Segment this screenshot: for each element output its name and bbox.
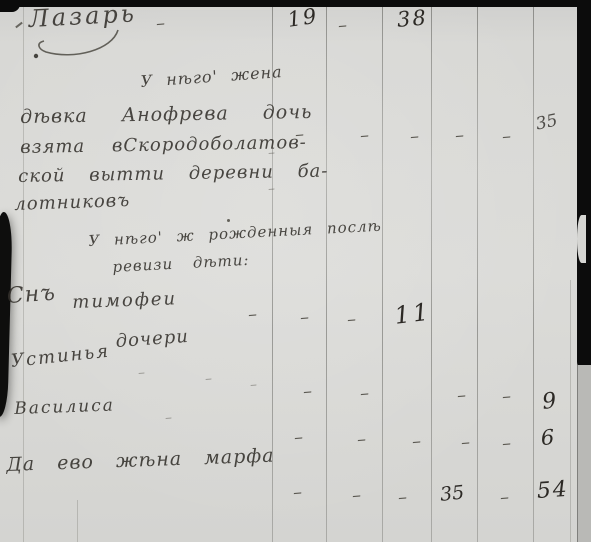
column-rule-line-6: [533, 7, 534, 542]
age-cell-wife2-now: 54: [536, 477, 570, 504]
paper-edge-bump: [577, 215, 586, 263]
children-header-line-2: ревизи дѣти:: [112, 251, 250, 276]
dash-mark: –: [499, 489, 510, 508]
column-rule-line-3: [382, 7, 383, 542]
dash-mark: –: [351, 487, 362, 506]
entry-head-name: Лазарь: [28, 0, 137, 33]
wife-text-line-1: дѣвка Анофрева дочь: [20, 101, 313, 128]
manuscript-page-scan: Лазарь – 19 – 38 У нѣго' жена дѣвка Аноф…: [0, 0, 591, 542]
wife-text-line-4: лотниковъ: [14, 190, 131, 215]
age-cell-son: 11: [393, 298, 433, 330]
scan-top-left-corner: [0, 0, 20, 12]
ink-dot: [227, 219, 230, 222]
dash-mark: –: [346, 311, 357, 330]
dash-mark: –: [293, 429, 304, 448]
dash-mark: –: [501, 128, 512, 147]
dash-mark: –: [397, 489, 408, 508]
dash-mark: –: [292, 484, 303, 503]
dash-mark: –: [460, 434, 471, 453]
dash-mark: –: [501, 388, 512, 407]
dash-mark: –: [247, 306, 258, 325]
paper-right-edge-lower: [577, 365, 591, 542]
bleed-mark: –: [267, 182, 275, 197]
dash-mark: –: [356, 431, 367, 450]
age-cell-head-prev: 19: [286, 4, 320, 32]
daughter2-name: Василиса: [14, 395, 115, 418]
age-cell-daughter1: 9: [541, 389, 558, 415]
dash-mark: –: [302, 383, 313, 402]
column-rule-line-5: [477, 7, 478, 542]
column-rule-line-2: [326, 7, 327, 542]
wife2-text-line: Да ево жѣна марфа: [6, 445, 275, 476]
age-cell-wife2-prev: 35: [439, 481, 465, 505]
daughter1-name: Устинья: [10, 341, 111, 372]
son-name: тимофеи: [72, 288, 177, 313]
wife-section-header: У нѣго' жена: [140, 62, 283, 91]
son-prefix: Снъ: [6, 281, 57, 309]
bleed-mark: –: [267, 146, 275, 161]
dash-mark: –: [204, 372, 212, 387]
dash-mark: –: [164, 411, 172, 426]
dash-mark: –: [299, 309, 310, 328]
paper-fold-line: [570, 280, 571, 542]
column-rule-line-4: [431, 7, 432, 542]
dash-mark: –: [409, 128, 420, 147]
age-cell-daughter2: 6: [540, 425, 555, 450]
dash-mark: –: [359, 127, 370, 146]
dash-mark: –: [249, 378, 257, 393]
dash-mark: –: [411, 433, 422, 452]
scan-right-border: [577, 0, 591, 372]
dash-mark: –: [456, 387, 467, 406]
dash-mark: –: [454, 127, 465, 146]
wife-text-line-2: взята вСкородоболатов-: [20, 132, 307, 158]
wife-text-line-3: ской вытти деревни ба-: [18, 161, 329, 187]
ink-tick-mark: [15, 22, 23, 29]
margin-rule-line-short: [77, 500, 78, 542]
daughters-header: дочери: [115, 326, 190, 352]
dash-mark: –: [294, 126, 305, 145]
binding-gutter-shadow: [0, 212, 13, 417]
dash-mark: –: [337, 17, 348, 36]
dash-mark: –: [359, 385, 370, 404]
dash-mark: –: [155, 15, 166, 34]
age-cell-wife-now: 35: [534, 111, 559, 135]
children-header-line-1: У нѣго' ж рожденныя послѣ: [88, 217, 382, 250]
age-cell-head-now: 38: [396, 5, 429, 32]
dash-mark: –: [501, 435, 512, 454]
dash-mark: –: [137, 366, 145, 381]
